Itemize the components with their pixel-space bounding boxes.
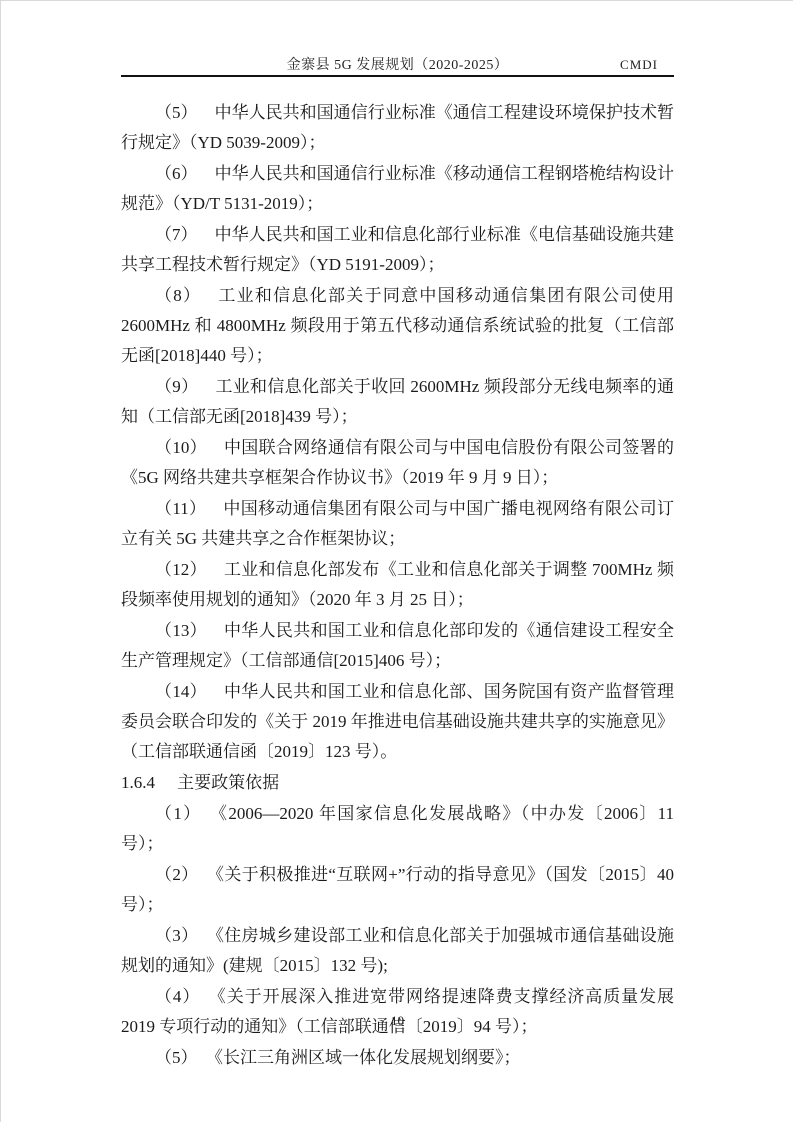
section-heading-number: 1.6.4 (121, 773, 177, 792)
item-number: （11） (155, 499, 223, 518)
header-org-label: CMDI (620, 57, 658, 73)
item-text: 《长江三角洲区域一体化发展规划纲要》； (215, 1048, 521, 1067)
item-number: （5） (155, 103, 215, 122)
item-number: （7） (155, 225, 215, 244)
list-item: （9）工业和信息化部关于收回 2600MHz 频段部分无线电频率的通知（工信部无… (121, 372, 674, 432)
item-number: （14） (155, 682, 224, 701)
document-page: 金寨县 5G 发展规划（2020-2025） CMDI （5）中华人民共和国通信… (0, 0, 793, 1122)
item-number: （10） (155, 438, 224, 457)
page-footer: 10 (1, 1013, 793, 1029)
list-item: （5）《长江三角洲区域一体化发展规划纲要》； (121, 1043, 674, 1073)
item-number: （6） (155, 164, 215, 183)
section-heading-title: 主要政策依据 (177, 773, 279, 792)
list-item: （4）《关于开展深入推进宽带网络提速降费支撑经济高质量发展 2019 专项行动的… (121, 982, 674, 1042)
item-number: （4） (155, 987, 217, 1006)
item-number: （1） (155, 804, 219, 823)
item-number: （12） (155, 560, 224, 579)
header-title: 金寨县 5G 发展规划（2020-2025） (121, 54, 674, 74)
item-number: （8） (155, 286, 218, 305)
list-item: （14）中华人民共和国工业和信息化部、国务院国有资产监督管理委员会联合印发的《关… (121, 677, 674, 767)
list-item: （8）工业和信息化部关于同意中国移动通信集团有限公司使用 2600MHz 和 4… (121, 281, 674, 371)
document-body: （5）中华人民共和国通信行业标准《通信工程建设环境保护技术暂行规定》（YD 50… (121, 98, 674, 1073)
item-number: （13） (155, 621, 224, 640)
list-item: （2）《关于积极推进“互联网+”行动的指导意见》（国发〔2015〕40 号）； (121, 860, 674, 920)
list-item: （6）中华人民共和国通信行业标准《移动通信工程钢塔桅结构设计规范》（YD/T 5… (121, 159, 674, 219)
section-heading: 1.6.4主要政策依据 (121, 768, 674, 798)
list-item: （5）中华人民共和国通信行业标准《通信工程建设环境保护技术暂行规定》（YD 50… (121, 98, 674, 158)
item-number: （2） (155, 865, 216, 884)
list-item: （3）《住房城乡建设部工业和信息化部关于加强城市通信基础设施规划的通知》(建规〔… (121, 921, 674, 981)
page-content: 金寨县 5G 发展规划（2020-2025） CMDI （5）中华人民共和国通信… (121, 1, 674, 1074)
item-number: （9） (155, 377, 215, 396)
page-number: 10 (391, 1013, 404, 1028)
list-item: （10）中国联合网络通信有限公司与中国电信股份有限公司签署的《5G 网络共建共享… (121, 433, 674, 493)
item-number: （3） (155, 926, 215, 945)
list-item: （12）工业和信息化部发布《工业和信息化部关于调整 700MHz 频段频率使用规… (121, 555, 674, 615)
list-item: （1）《2006—2020 年国家信息化发展战略》（中办发〔2006〕11 号）… (121, 799, 674, 859)
item-number: （5） (155, 1048, 215, 1067)
list-item: （11）中国移动通信集团有限公司与中国广播电视网络有限公司订立有关 5G 共建共… (121, 494, 674, 554)
list-item: （7）中华人民共和国工业和信息化部行业标准《电信基础设施共建共享工程技术暂行规定… (121, 220, 674, 280)
list-item: （13）中华人民共和国工业和信息化部印发的《通信建设工程安全生产管理规定》（工信… (121, 616, 674, 676)
page-header: 金寨县 5G 发展规划（2020-2025） CMDI (121, 1, 674, 77)
